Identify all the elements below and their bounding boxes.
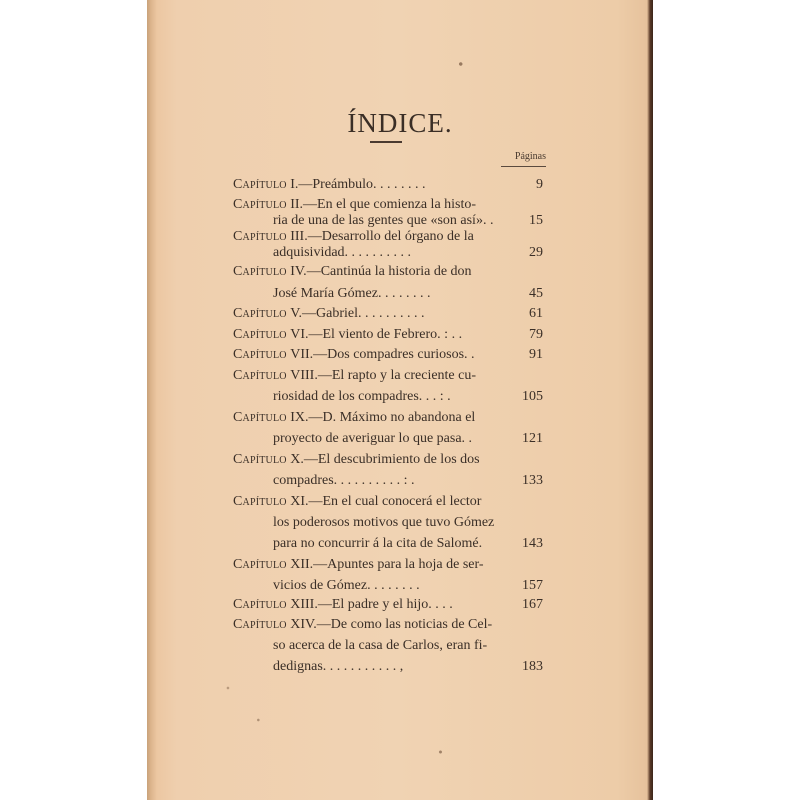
chapter-label: Capítulo	[233, 368, 287, 384]
book-page: ÍNDICE. Páginas Capítulo I.—Preámbulo. .…	[147, 0, 653, 800]
title-divider	[370, 141, 402, 143]
chapter-label: Capítulo	[233, 327, 287, 343]
toc-entry-9: Capítulo IX.—D. Máximo no abandona el	[233, 410, 475, 426]
toc-entry-5: Capítulo V.—Gabriel. . . . . . . . . .	[233, 306, 425, 322]
page-number: 91	[509, 347, 543, 363]
chapter-label: Capítulo	[233, 177, 287, 193]
chapter-title-line: —D. Máximo no abandona el	[309, 410, 476, 426]
chapter-number: III.	[290, 229, 308, 245]
chapter-label: Capítulo	[233, 306, 287, 322]
toc-entry-12-cont: vicios de Gómez. . . . . . . .	[273, 578, 420, 594]
page-number: 157	[509, 578, 543, 594]
toc-entry-9-cont: proyecto de averiguar lo que pasa. .	[273, 431, 472, 447]
chapter-title-line: —En el que comienza la histo-	[303, 197, 476, 213]
page-number: 9	[509, 177, 543, 193]
chapter-label: Capítulo	[233, 597, 287, 613]
toc-entry-2-cont: ria de una de las gentes que «son así». …	[273, 213, 493, 229]
page-number: 105	[509, 389, 543, 405]
chapter-label: Capítulo	[233, 452, 287, 468]
chapter-title-line: —Gabriel. . . . . . . . . .	[302, 306, 424, 322]
chapter-title-line: los poderosos motivos que tuvo Gómez	[273, 515, 494, 531]
chapter-label: Capítulo	[233, 557, 287, 573]
toc-entry-11-cont: los poderosos motivos que tuvo Gómez	[273, 515, 494, 531]
chapter-title-line: —El descubrimiento de los dos	[304, 452, 480, 468]
chapter-title-line: ria de una de las gentes que «son así». …	[273, 213, 493, 229]
chapter-title-line: —Dos compadres curiosos. .	[313, 347, 474, 363]
toc-entry-8: Capítulo VIII.—El rapto y la creciente c…	[233, 368, 476, 384]
chapter-title-line: —Cantinúa la historia de don	[307, 264, 472, 280]
chapter-title-line: —Desarrollo del órgano de la	[308, 229, 474, 245]
toc-entry-7: Capítulo VII.—Dos compadres curiosos. .	[233, 347, 475, 363]
chapter-number: VII.	[290, 347, 313, 363]
chapter-number: X.	[290, 452, 304, 468]
page-number: 167	[509, 597, 543, 613]
chapter-title-line: vicios de Gómez. . . . . . . .	[273, 578, 420, 594]
chapter-number: XII.	[290, 557, 313, 573]
chapter-number: IV.	[290, 264, 306, 280]
chapter-number: IX.	[290, 410, 308, 426]
chapter-label: Capítulo	[233, 494, 287, 510]
toc-entry-4: Capítulo IV.—Cantinúa la historia de don	[233, 264, 472, 280]
chapter-title-line: —Apuntes para la hoja de ser-	[313, 557, 483, 573]
chapter-number: XI.	[290, 494, 308, 510]
toc-entry-2: Capítulo II.—En el que comienza la histo…	[233, 197, 476, 213]
chapter-title-line: —En el cual conocerá el lector	[309, 494, 482, 510]
chapter-number: VIII.	[290, 368, 318, 384]
toc-entry-6: Capítulo VI.—El viento de Febrero. : . .	[233, 327, 462, 343]
page-number: 121	[509, 431, 543, 447]
chapter-title-line: —De como las noticias de Cel-	[317, 617, 492, 633]
page-number: 15	[509, 213, 543, 229]
page-number: 61	[509, 306, 543, 322]
toc-entry-3-cont: adquisividad. . . . . . . . . .	[273, 245, 411, 261]
page-number: 79	[509, 327, 543, 343]
chapter-label: Capítulo	[233, 347, 287, 363]
toc-entry-11: Capítulo XI.—En el cual conocerá el lect…	[233, 494, 481, 510]
toc-entry-3: Capítulo III.—Desarrollo del órgano de l…	[233, 229, 474, 245]
chapter-number: XIII.	[290, 597, 318, 613]
toc-entry-1: Capítulo I.—Preámbulo. . . . . . . .	[233, 177, 495, 193]
toc-entry-14-cont: so acerca de la casa de Carlos, eran fi-	[273, 638, 487, 654]
toc-entry-11-cont: para no concurrir á la cita de Salomé.	[273, 536, 482, 552]
toc-entry-8-cont: riosidad de los compadres. . . : .	[273, 389, 451, 405]
chapter-title-line: José María Gómez. . . . . . . .	[273, 286, 430, 302]
page-number: 143	[509, 536, 543, 552]
chapter-number: V.	[290, 306, 302, 322]
toc-entry-14: Capítulo XIV.—De como las noticias de Ce…	[233, 617, 492, 633]
chapter-title-line: proyecto de averiguar lo que pasa. .	[273, 431, 472, 447]
page-number: 45	[509, 286, 543, 302]
chapter-label: Capítulo	[233, 197, 287, 213]
page-number: 29	[509, 245, 543, 261]
chapter-number: II.	[290, 197, 303, 213]
chapter-title-line: riosidad de los compadres. . . : .	[273, 389, 451, 405]
chapter-label: Capítulo	[233, 617, 287, 633]
pages-column-header: Páginas	[500, 151, 546, 162]
chapter-title-line: para no concurrir á la cita de Salomé.	[273, 536, 482, 552]
chapter-title-line: compadres. . . . . . . . . . : .	[273, 473, 415, 489]
toc-entry-10: Capítulo X.—El descubrimiento de los dos	[233, 452, 480, 468]
chapter-number: VI.	[290, 327, 308, 343]
toc-entry-13: Capítulo XIII.—El padre y el hijo. . . .	[233, 597, 453, 613]
page-title: ÍNDICE.	[147, 108, 653, 139]
toc-entry-4-cont: José María Gómez. . . . . . . .	[273, 286, 430, 302]
toc-entry-12: Capítulo XII.—Apuntes para la hoja de se…	[233, 557, 484, 573]
chapter-label: Capítulo	[233, 229, 287, 245]
chapter-title-line: adquisividad. . . . . . . . . .	[273, 245, 411, 261]
chapter-number: XIV.	[290, 617, 317, 633]
chapter-title-line: so acerca de la casa de Carlos, eran fi-	[273, 638, 487, 654]
chapter-title-line: —El padre y el hijo. . . .	[318, 597, 453, 613]
chapter-title-line: —El viento de Febrero. : . .	[309, 327, 463, 343]
chapter-title-line: —Preámbulo. . . . . . . .	[298, 177, 425, 193]
chapter-label: Capítulo	[233, 264, 287, 280]
page-number: 183	[509, 659, 543, 675]
toc-entry-10-cont: compadres. . . . . . . . . . : .	[273, 473, 415, 489]
page-number: 133	[509, 473, 543, 489]
chapter-title-line: dedignas. . . . . . . . . . . ,	[273, 659, 403, 675]
toc-entry-14-cont: dedignas. . . . . . . . . . . ,	[273, 659, 403, 675]
pages-header-rule	[501, 166, 546, 167]
chapter-title-line: —El rapto y la creciente cu-	[318, 368, 476, 384]
chapter-label: Capítulo	[233, 410, 287, 426]
